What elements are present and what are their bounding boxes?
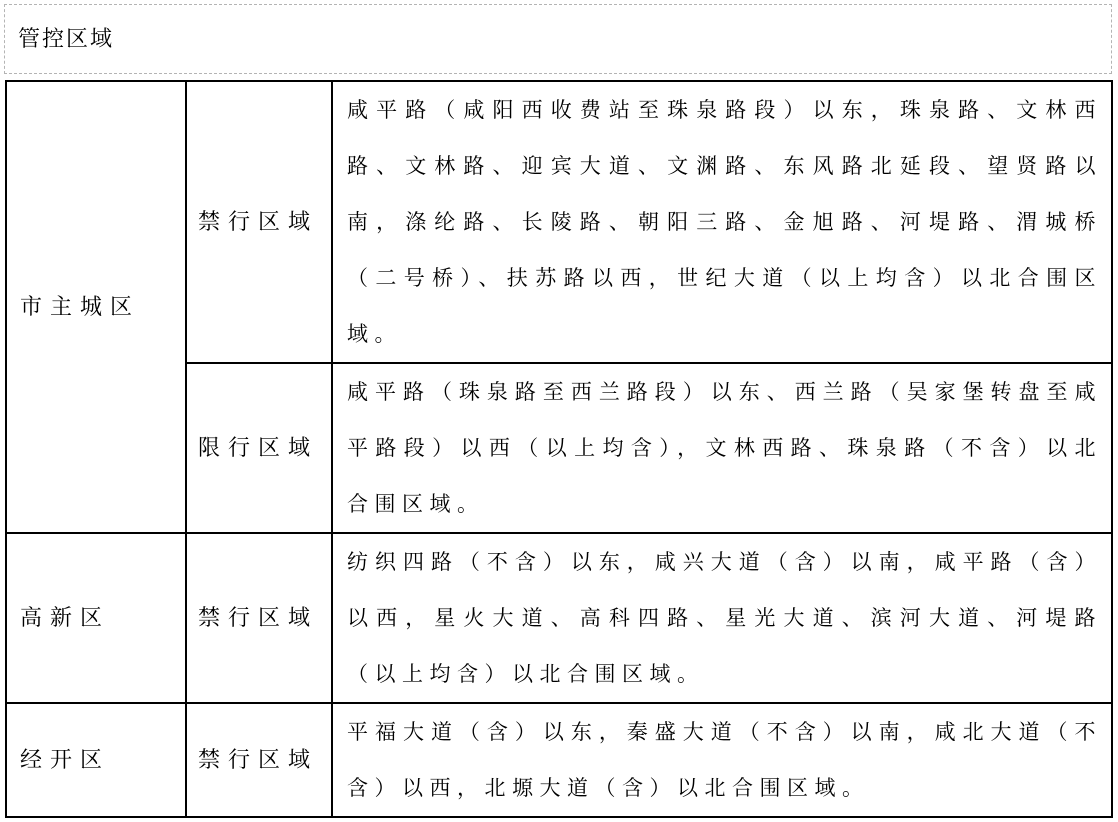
zone-description-cell: 咸平路（咸阳西收费站至珠泉路段）以东，珠泉路、文林西路、文林路、迎宾大道、文渊路…	[332, 81, 1112, 363]
zone-description-cell: 平福大道（含）以东，秦盛大道（不含）以南，咸北大道（不含）以西，北塬大道（含）以…	[332, 703, 1112, 817]
page-title: 管控区域	[18, 28, 114, 50]
zone-type-cell: 禁行区域	[186, 81, 332, 363]
control-area-header: 管控区域	[4, 4, 1112, 74]
district-cell: 市主城区	[6, 81, 186, 533]
district-cell: 高新区	[6, 533, 186, 703]
district-cell: 经开区	[6, 703, 186, 817]
zone-type-cell: 限行区域	[186, 363, 332, 533]
table-row: 高新区 禁行区域 纺织四路（不含）以东，咸兴大道（含）以南，咸平路（含）以西，星…	[6, 533, 1112, 703]
zone-description-cell: 咸平路（珠泉路至西兰路段）以东、西兰路（吴家堡转盘至咸平路段）以西（以上均含），…	[332, 363, 1112, 533]
document-page: 管控区域 市主城区 禁行区域 咸平路（咸阳西收费站至珠泉路段）以东，珠泉路、文林…	[0, 0, 1118, 818]
table-row: 经开区 禁行区域 平福大道（含）以东，秦盛大道（不含）以南，咸北大道（不含）以西…	[6, 703, 1112, 817]
zone-type-cell: 禁行区域	[186, 533, 332, 703]
zone-type-cell: 禁行区域	[186, 703, 332, 817]
control-area-table: 市主城区 禁行区域 咸平路（咸阳西收费站至珠泉路段）以东，珠泉路、文林西路、文林…	[5, 80, 1113, 818]
zone-description-cell: 纺织四路（不含）以东，咸兴大道（含）以南，咸平路（含）以西，星火大道、高科四路、…	[332, 533, 1112, 703]
table-row: 市主城区 禁行区域 咸平路（咸阳西收费站至珠泉路段）以东，珠泉路、文林西路、文林…	[6, 81, 1112, 363]
